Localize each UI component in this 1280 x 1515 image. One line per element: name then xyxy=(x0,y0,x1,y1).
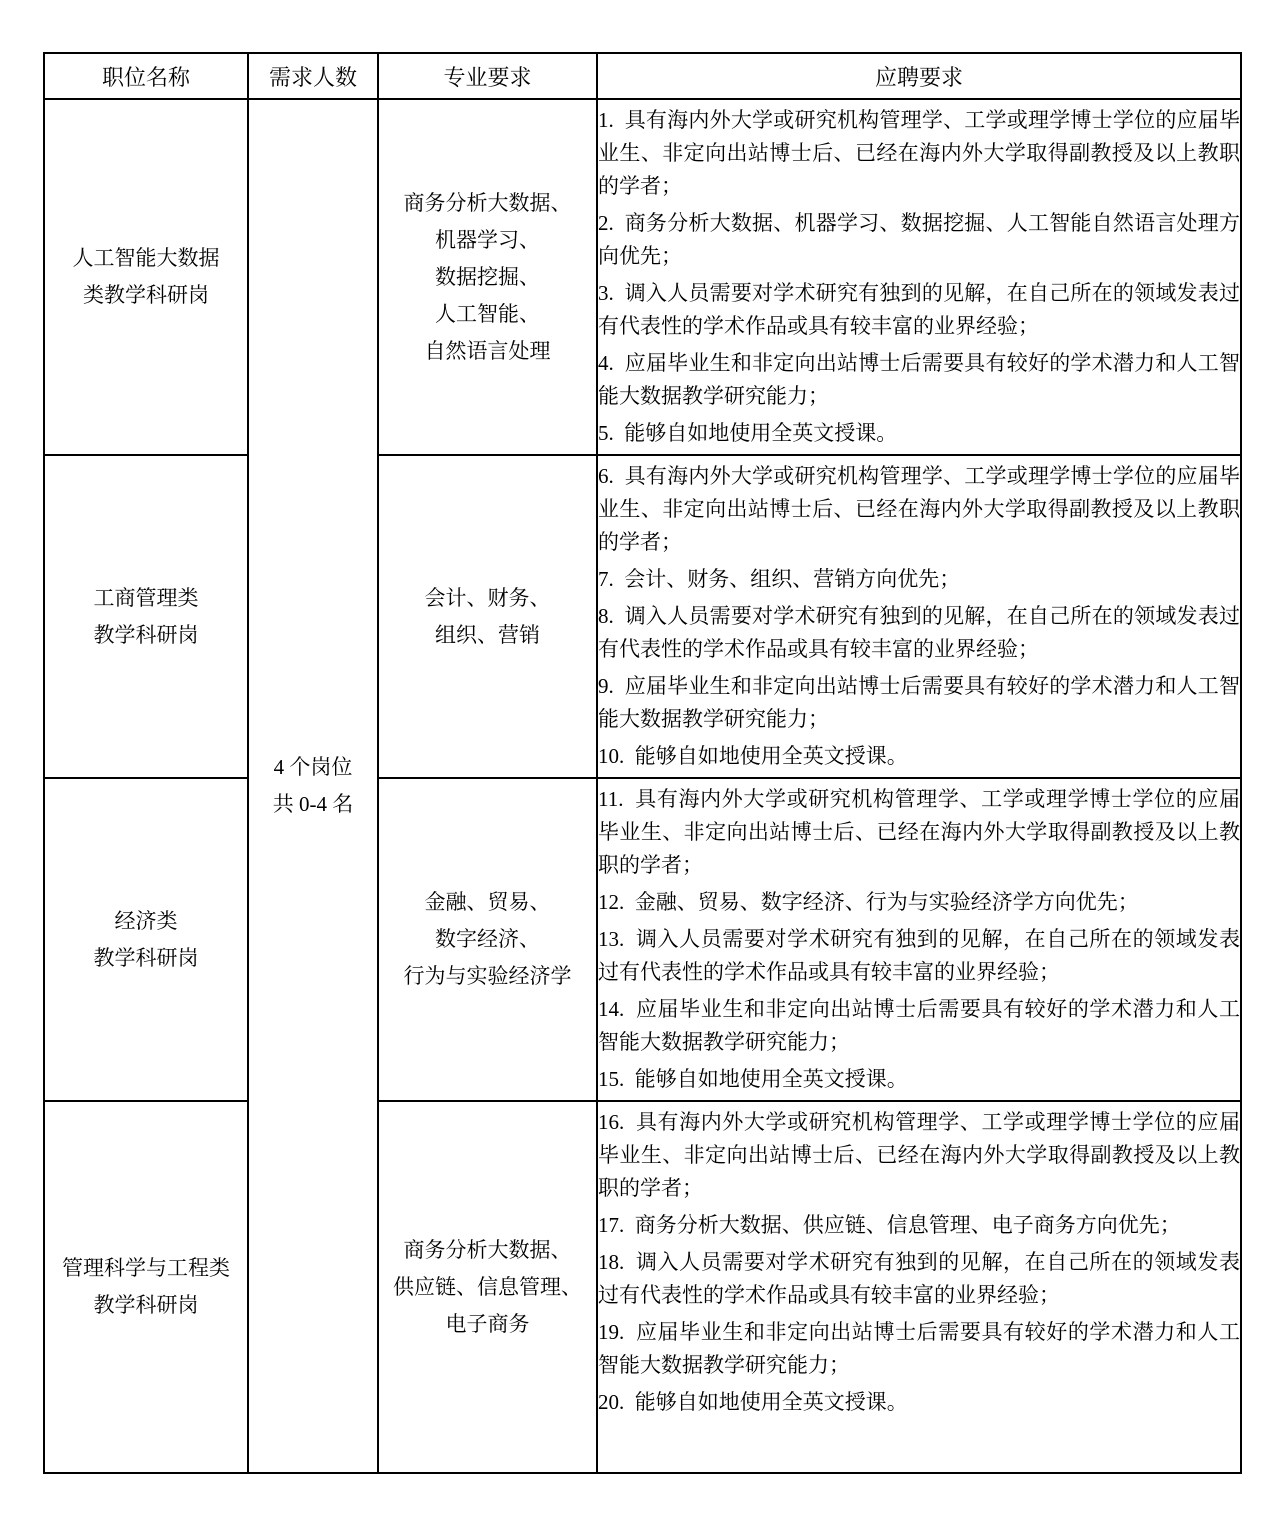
major-cell-mgmt-science-eng: 商务分析大数据、 供应链、信息管理、 电子商务 xyxy=(378,1101,597,1473)
table-row: 经济类 教学科研岗 金融、贸易、 数字经济、 行为与实验经济学 11. 具有海内… xyxy=(44,778,1241,1101)
major-cell-economics: 金融、贸易、 数字经济、 行为与实验经济学 xyxy=(378,778,597,1101)
header-major-requirements: 专业要求 xyxy=(378,53,597,99)
recruitment-table: 职位名称 需求人数 专业要求 应聘要求 人工智能大数据 类教学科研岗 4 个岗位… xyxy=(43,52,1242,1474)
requirement-item: 16. 具有海内外大学或研究机构管理学、工学或理学博士学位的应届毕业生、非定向出… xyxy=(598,1106,1240,1205)
requirement-item: 15. 能够自如地使用全英文授课。 xyxy=(598,1063,1240,1096)
major-cell-business-admin: 会计、财务、 组织、营销 xyxy=(378,455,597,778)
requirement-item: 1. 具有海内外大学或研究机构管理学、工学或理学博士学位的应届毕业生、非定向出站… xyxy=(598,104,1240,203)
table-row: 工商管理类 教学科研岗 会计、财务、 组织、营销 6. 具有海内外大学或研究机构… xyxy=(44,455,1241,778)
requirements-cell-business-admin: 6. 具有海内外大学或研究机构管理学、工学或理学博士学位的应届毕业生、非定向出站… xyxy=(597,455,1241,778)
requirements-cell-ai-bigdata: 1. 具有海内外大学或研究机构管理学、工学或理学博士学位的应届毕业生、非定向出站… xyxy=(597,99,1241,455)
major-cell-ai-bigdata: 商务分析大数据、 机器学习、 数据挖掘、 人工智能、 自然语言处理 xyxy=(378,99,597,455)
requirement-item: 7. 会计、财务、组织、营销方向优先； xyxy=(598,563,1240,596)
requirement-item: 6. 具有海内外大学或研究机构管理学、工学或理学博士学位的应届毕业生、非定向出站… xyxy=(598,460,1240,559)
position-cell-economics: 经济类 教学科研岗 xyxy=(44,778,248,1101)
position-cell-mgmt-science-eng: 管理科学与工程类 教学科研岗 xyxy=(44,1101,248,1473)
recruitment-table-container: 职位名称 需求人数 专业要求 应聘要求 人工智能大数据 类教学科研岗 4 个岗位… xyxy=(43,52,1242,1474)
header-position-title: 职位名称 xyxy=(44,53,248,99)
header-application-requirements: 应聘要求 xyxy=(597,53,1241,99)
requirement-item: 8. 调入人员需要对学术研究有独到的见解，在自己所在的领域发表过有代表性的学术作… xyxy=(598,600,1240,666)
requirement-item: 11. 具有海内外大学或研究机构管理学、工学或理学博士学位的应届毕业生、非定向出… xyxy=(598,783,1240,882)
requirements-cell-economics: 11. 具有海内外大学或研究机构管理学、工学或理学博士学位的应届毕业生、非定向出… xyxy=(597,778,1241,1101)
requirement-item: 17. 商务分析大数据、供应链、信息管理、电子商务方向优先； xyxy=(598,1209,1240,1242)
requirements-cell-mgmt-science-eng: 16. 具有海内外大学或研究机构管理学、工学或理学博士学位的应届毕业生、非定向出… xyxy=(597,1101,1241,1473)
requirement-item: 13. 调入人员需要对学术研究有独到的见解，在自己所在的领域发表过有代表性的学术… xyxy=(598,923,1240,989)
requirement-item: 5. 能够自如地使用全英文授课。 xyxy=(598,417,1240,450)
position-cell-business-admin: 工商管理类 教学科研岗 xyxy=(44,455,248,778)
requirement-item: 2. 商务分析大数据、机器学习、数据挖掘、人工智能自然语言处理方向优先； xyxy=(598,207,1240,273)
requirement-item: 19. 应届毕业生和非定向出站博士后需要具有较好的学术潜力和人工智能大数据教学研… xyxy=(598,1316,1240,1382)
position-cell-ai-bigdata: 人工智能大数据 类教学科研岗 xyxy=(44,99,248,455)
requirement-item: 18. 调入人员需要对学术研究有独到的见解，在自己所在的领域发表过有代表性的学术… xyxy=(598,1246,1240,1312)
requirement-item: 20. 能够自如地使用全英文授课。 xyxy=(598,1386,1240,1419)
requirement-item: 4. 应届毕业生和非定向出站博士后需要具有较好的学术潜力和人工智能大数据教学研究… xyxy=(598,347,1240,413)
requirement-item: 14. 应届毕业生和非定向出站博士后需要具有较好的学术潜力和人工智能大数据教学研… xyxy=(598,993,1240,1059)
requirement-item: 12. 金融、贸易、数字经济、行为与实验经济学方向优先； xyxy=(598,886,1240,919)
header-headcount: 需求人数 xyxy=(248,53,378,99)
headcount-cell: 4 个岗位 共 0-4 名 xyxy=(248,99,378,1473)
table-row: 人工智能大数据 类教学科研岗 4 个岗位 共 0-4 名 商务分析大数据、 机器… xyxy=(44,99,1241,455)
requirement-item: 3. 调入人员需要对学术研究有独到的见解，在自己所在的领域发表过有代表性的学术作… xyxy=(598,277,1240,343)
header-row: 职位名称 需求人数 专业要求 应聘要求 xyxy=(44,53,1241,99)
table-row: 管理科学与工程类 教学科研岗 商务分析大数据、 供应链、信息管理、 电子商务 1… xyxy=(44,1101,1241,1473)
requirement-item: 9. 应届毕业生和非定向出站博士后需要具有较好的学术潜力和人工智能大数据教学研究… xyxy=(598,670,1240,736)
requirement-item: 10. 能够自如地使用全英文授课。 xyxy=(598,740,1240,773)
